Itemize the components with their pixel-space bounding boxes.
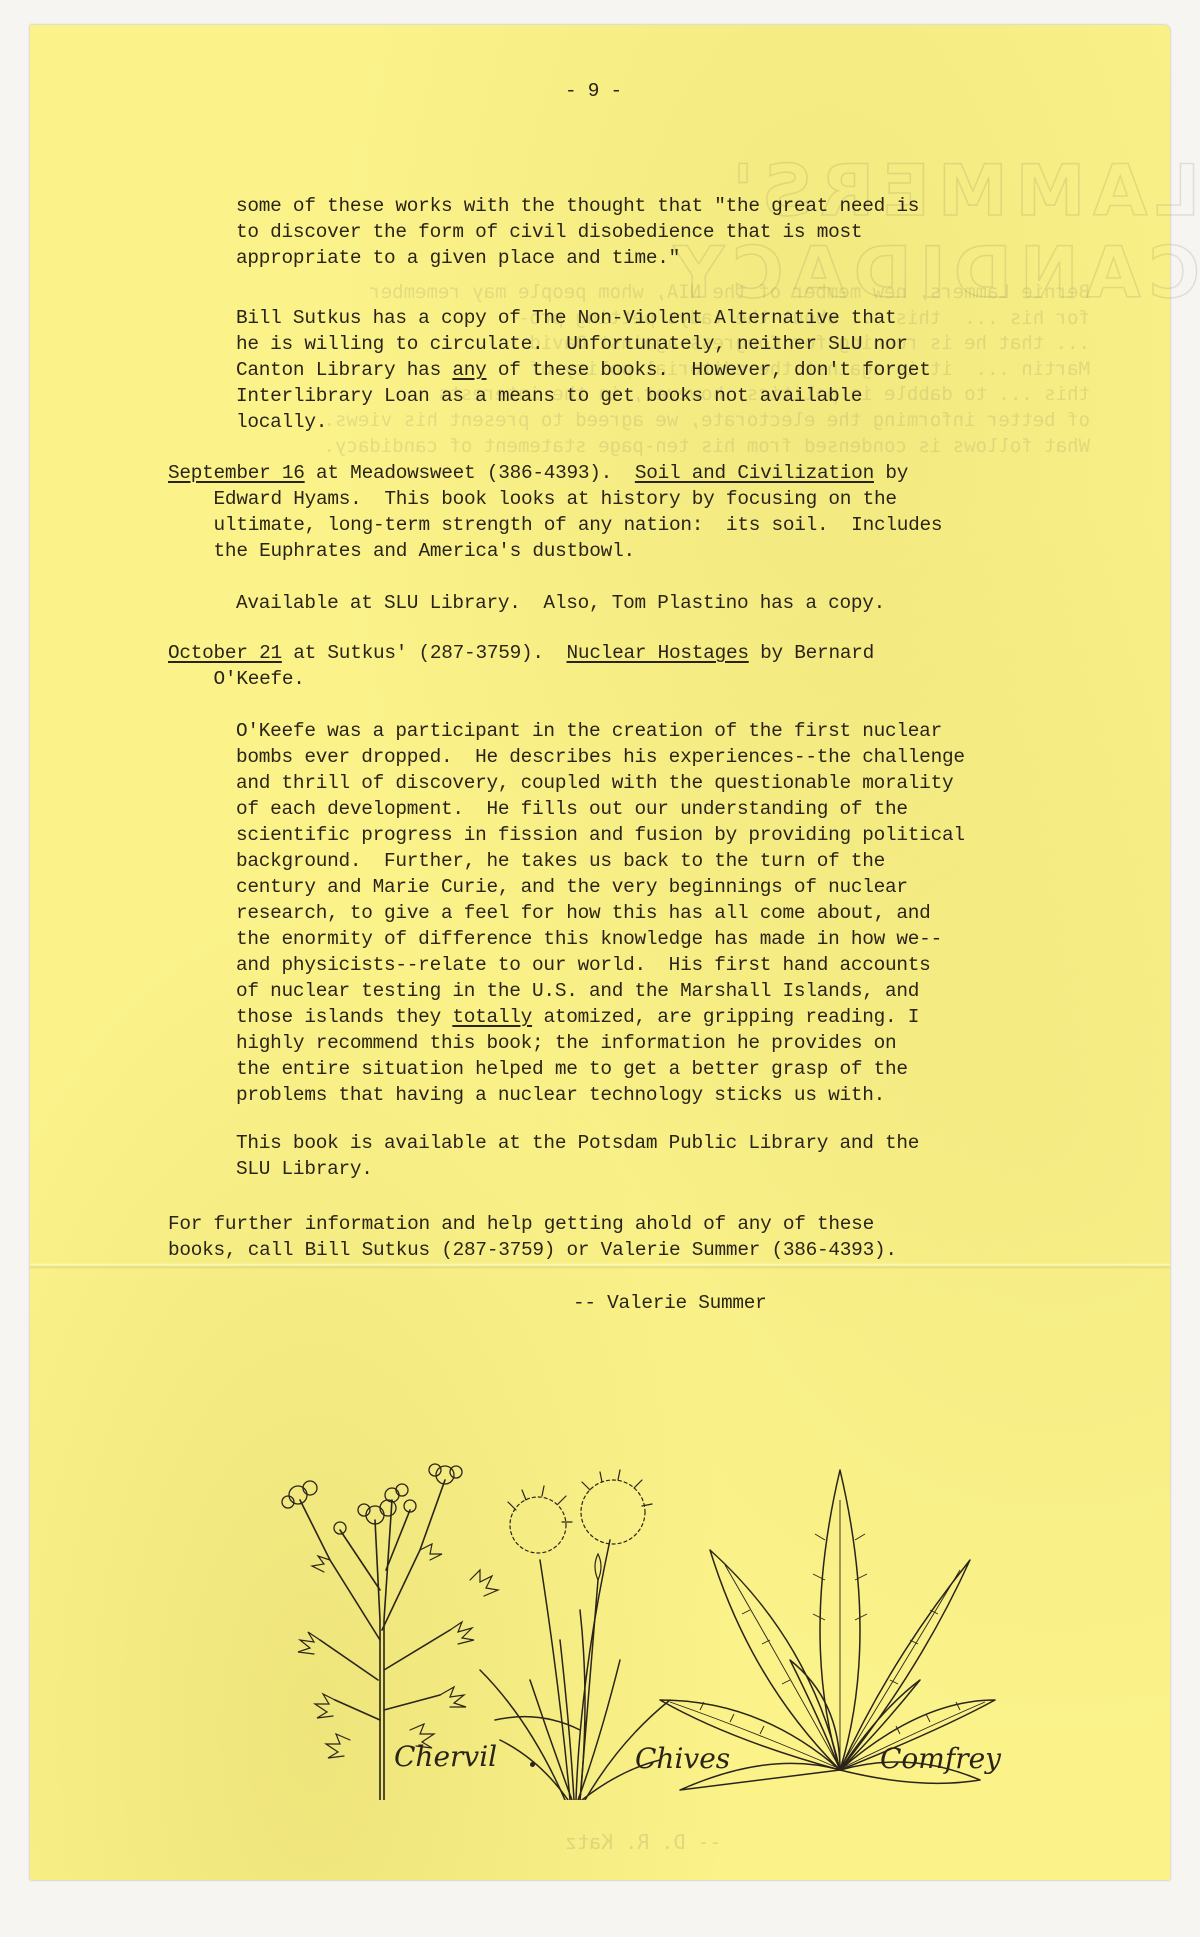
book-title: Soil and Civilization bbox=[635, 462, 874, 484]
book-author-lead: by Bernard bbox=[749, 642, 874, 664]
emphasis-totally: totally bbox=[452, 1006, 532, 1028]
paragraph-book-availability: Bill Sutkus has a copy of The Non-Violen… bbox=[236, 305, 931, 435]
text-segment: O'Keefe was a participant in the creatio… bbox=[236, 720, 965, 1028]
emphasis-any: any bbox=[452, 359, 486, 381]
book-author-lead: by bbox=[874, 462, 908, 484]
paper-fold-crease bbox=[30, 1263, 1170, 1269]
caption-chives: Chives bbox=[635, 1742, 730, 1775]
meeting-date: September 16 bbox=[168, 462, 305, 484]
paragraph-slu-availability: Available at SLU Library. Also, Tom Plas… bbox=[236, 590, 885, 616]
signature: -- Valerie Summer bbox=[573, 1290, 767, 1316]
meeting-entry-october: October 21 at Sutkus' (287-3759). Nuclea… bbox=[168, 640, 874, 692]
meeting-location: at Meadowsweet (386-4393). bbox=[305, 462, 635, 484]
paragraph-contact-info: For further information and help getting… bbox=[168, 1211, 897, 1263]
meeting-date: October 21 bbox=[168, 642, 282, 664]
caption-separator-dot bbox=[530, 1762, 535, 1767]
meeting-entry-september: September 16 at Meadowsweet (386-4393). … bbox=[168, 460, 942, 564]
paragraph-potsdam-library: This book is available at the Potsdam Pu… bbox=[236, 1130, 919, 1182]
caption-comfrey: Comfrey bbox=[880, 1742, 1001, 1775]
paragraph-civil-disobedience: some of these works with the thought tha… bbox=[236, 193, 919, 271]
book-title: Nuclear Hostages bbox=[567, 642, 749, 664]
caption-chervil: Chervil bbox=[394, 1740, 497, 1773]
page-number: - 9 - bbox=[565, 78, 622, 104]
meeting-description: O'Keefe. bbox=[168, 668, 305, 690]
bleed-through-signature: -- D. R. Katz bbox=[565, 1830, 722, 1854]
meeting-location: at Sutkus' (287-3759). bbox=[282, 642, 567, 664]
meeting-description: Edward Hyams. This book looks at history… bbox=[168, 488, 942, 562]
paragraph-okeefe-review: O'Keefe was a participant in the creatio… bbox=[236, 718, 965, 1108]
